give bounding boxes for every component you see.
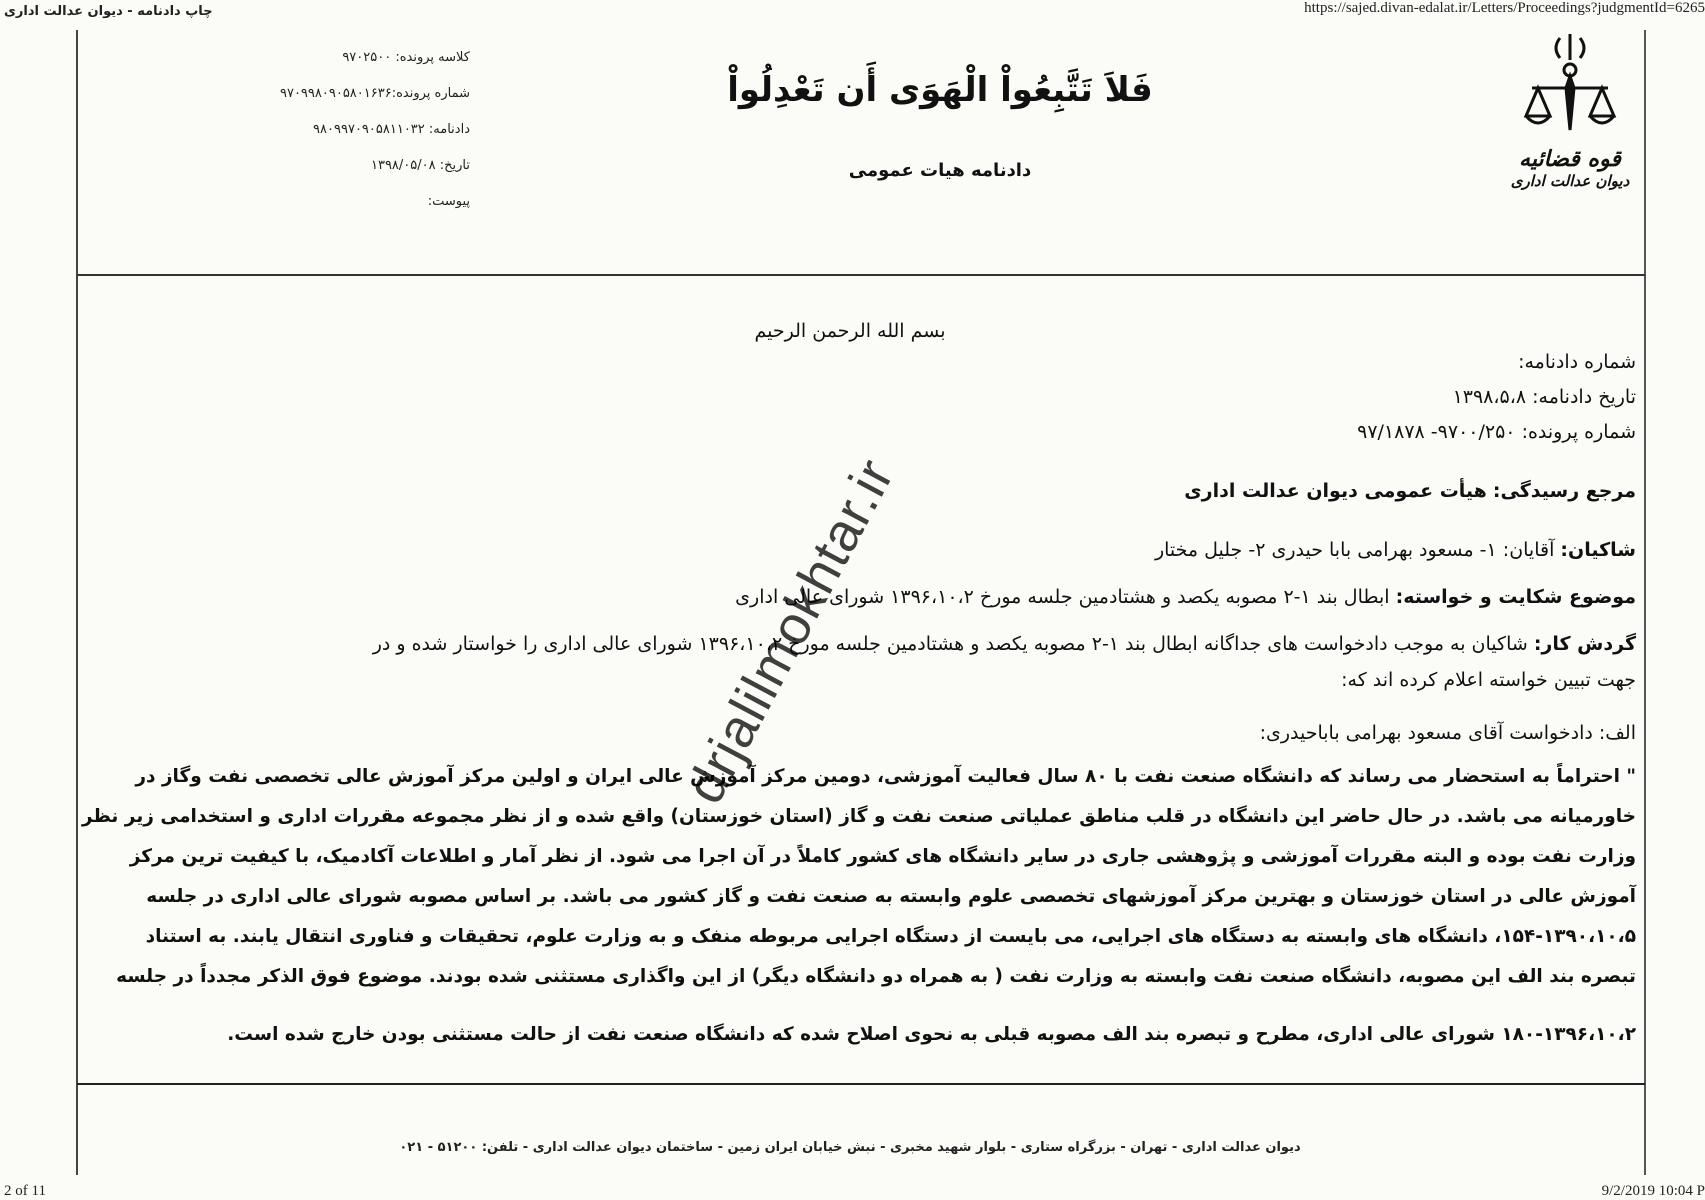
emblem-court-label: دیوان عدالت اداری xyxy=(1500,172,1640,190)
header-divider xyxy=(77,274,1645,276)
footer-divider xyxy=(77,1083,1645,1085)
frame-right-border xyxy=(1644,30,1646,1175)
bismillah: بسم الله الرحمن الرحیم xyxy=(650,320,1050,342)
frame-left-border xyxy=(76,30,78,1175)
judgment-number: شماره دادنامه: xyxy=(1036,345,1636,380)
case-metadata: کلاسه پرونده: ۹۷۰۲۵۰۰ شماره پرونده:۹۷۰۹۹… xyxy=(190,40,470,220)
page-count: 2 of 11 xyxy=(4,1183,46,1200)
print-header-title: چاپ دادنامه - دیوان عدالت اداری xyxy=(4,4,213,19)
quranic-motto: فَلاَ تَتَّبِعُواْ الْهَوَى أَن تَعْدِلُ… xyxy=(700,70,1180,110)
scales-of-justice-icon xyxy=(1520,30,1620,140)
meta-case-number: شماره پرونده:۹۷۰۹۹۸۰۹۰۵۸۰۱۶۳۶ xyxy=(190,76,470,112)
petition-a-text: " احتراماً به استحضار می رساند که دانشگا… xyxy=(200,757,1636,1055)
document-type-title: دادنامه هیات عمومی xyxy=(700,160,1180,181)
print-header-url: https://sajed.divan-edalat.ir/Letters/Pr… xyxy=(1304,0,1705,17)
print-datetime: 9/2/2019 10:04 P xyxy=(1602,1183,1705,1200)
complaint-subject: موضوع شکایت و خواسته: ابطال بند ۱-۲ مصوب… xyxy=(735,579,1636,615)
proceedings: گردش کار: شاکیان به موجب دادخواست های جد… xyxy=(200,626,1636,698)
complainants: شاکیان: آقایان: ۱- مسعود بهرامی بابا حید… xyxy=(1155,532,1636,568)
case-number: شماره پرونده: ۹۷۰۰/۲۵۰- ۹۷/۱۸۷۸ xyxy=(1036,415,1636,450)
reviewing-authority: مرجع رسیدگی: هیأت عمومی دیوان عدالت ادار… xyxy=(1184,473,1636,509)
meta-date: تاریخ: ۱۳۹۸/۰۵/۰۸ xyxy=(190,148,470,184)
judiciary-emblem: قوه قضائیه دیوان عدالت اداری xyxy=(1500,30,1640,230)
petition-a-heading: الف: دادخواست آقای مسعود بهرامی باباحیدر… xyxy=(1260,715,1636,751)
judgment-date: تاریخ دادنامه: ۱۳۹۸،۵،۸ xyxy=(1036,380,1636,415)
meta-case-class: کلاسه پرونده: ۹۷۰۲۵۰۰ xyxy=(190,40,470,76)
court-address-footer: دیوان عدالت اداری - تهران - بزرگراه ستار… xyxy=(300,1140,1400,1155)
emblem-judiciary-label: قوه قضائیه xyxy=(1500,146,1640,172)
meta-judgment-number: دادنامه: ۹۸۰۹۹۷۰۹۰۵۸۱۱۰۳۲ xyxy=(190,112,470,148)
meta-attachment: پیوست: xyxy=(190,184,470,220)
